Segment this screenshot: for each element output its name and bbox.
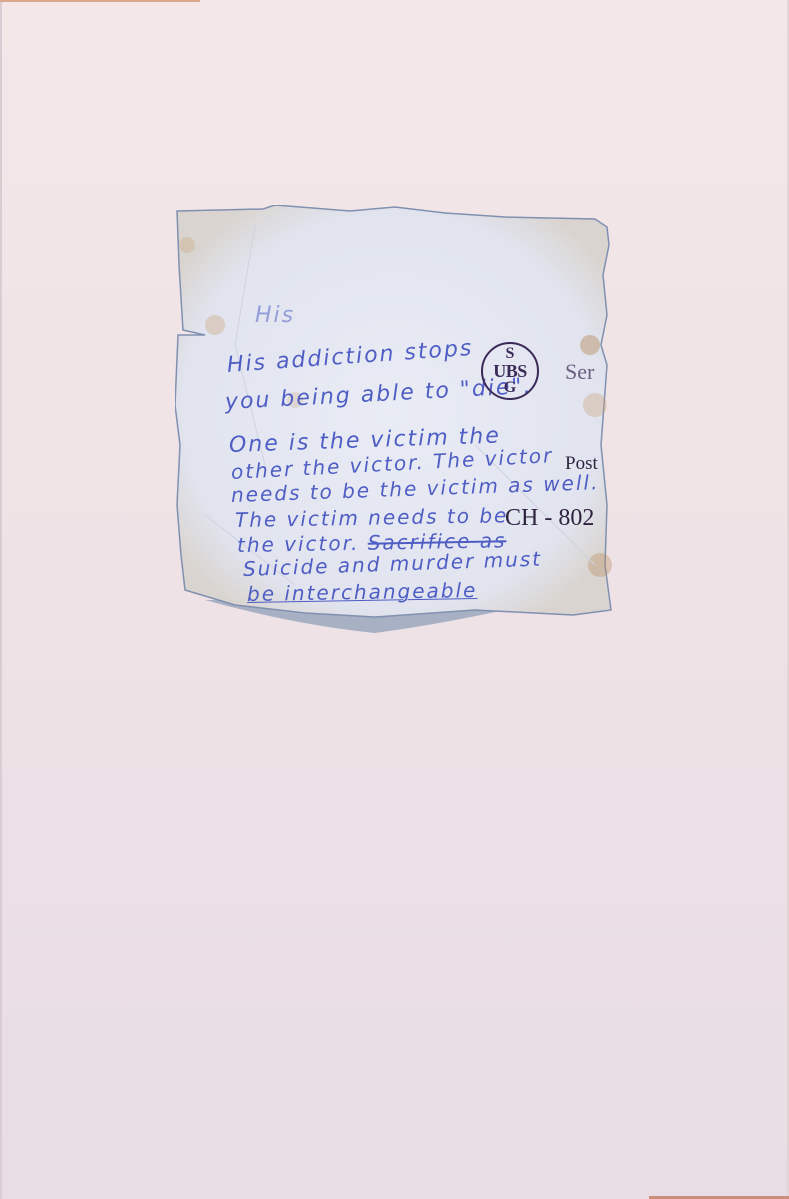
printed-post-label: Post: [565, 453, 598, 475]
printed-postal-code: CH - 802: [505, 505, 594, 532]
logo-bottom-letter: G: [483, 380, 537, 396]
logo-top-letter: S: [483, 346, 537, 362]
page-background: His His addiction stops you being able t…: [0, 0, 789, 1199]
torn-note: His His addiction stops you being able t…: [175, 205, 613, 635]
note-line-9: be interchangeable: [247, 578, 478, 606]
note-line-6: The victim needs to be: [235, 503, 509, 532]
logo-middle-text: UBS: [482, 362, 538, 380]
ubs-logo-icon: S UBS G: [481, 342, 539, 400]
page-top-edge: [0, 0, 200, 2]
printed-service-fragment: Ser: [565, 359, 594, 385]
faint-heading: His: [255, 303, 295, 328]
